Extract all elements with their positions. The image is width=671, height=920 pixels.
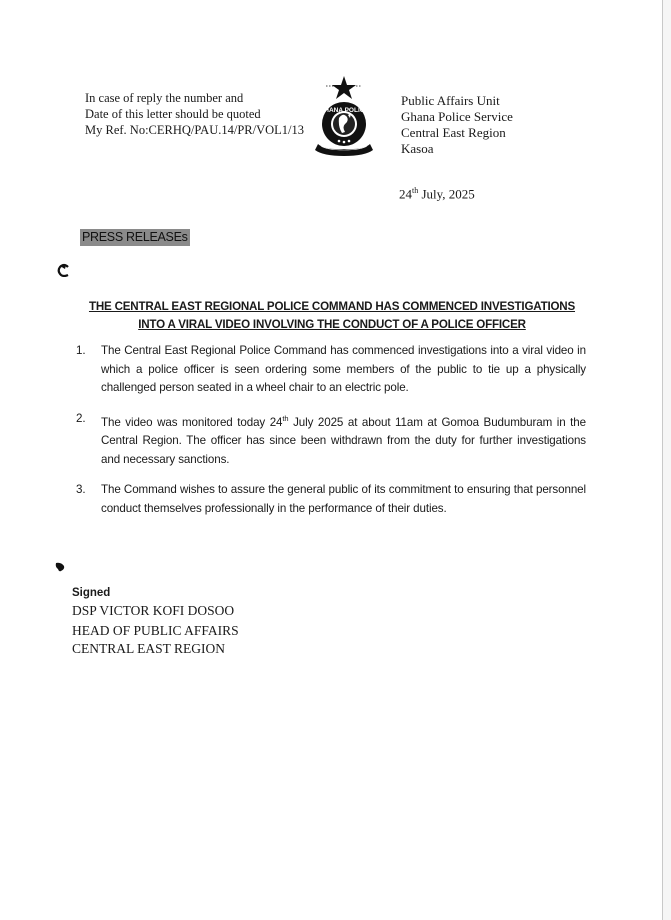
svg-text:GHANA POLICE: GHANA POLICE: [319, 107, 369, 114]
ghana-police-crest-icon: GHANA POLICE: [312, 74, 376, 158]
paragraph-1: 1. The Central East Regional Police Comm…: [76, 342, 586, 398]
address-line: Ghana Police Service: [401, 109, 513, 125]
address-line: Public Affairs Unit: [401, 93, 513, 109]
sender-address: Public Affairs Unit Ghana Police Service…: [401, 93, 513, 157]
scan-mark-icon: [57, 263, 71, 282]
paragraph-text: The Central East Regional Police Command…: [101, 342, 586, 398]
date-day: 24: [399, 186, 412, 201]
signatory-title: HEAD OF PUBLIC AFFAIRS: [72, 623, 239, 639]
press-release-label: PRESS RELEASEs: [80, 229, 190, 246]
paragraph-text-part: The video was monitored today 24: [101, 416, 282, 429]
signatory-name: DSP VICTOR KOFI DOSOO: [72, 603, 234, 619]
signatory-region: CENTRAL EAST REGION: [72, 641, 225, 657]
reference-line: In case of reply the number and: [85, 90, 304, 106]
paragraph-text: The video was monitored today 24th July …: [101, 410, 586, 469]
reference-number: My Ref. No:CERHQ/PAU.14/PR/VOL1/13: [85, 122, 304, 138]
address-line: Central East Region: [401, 125, 513, 141]
date-rest: July, 2025: [418, 186, 475, 201]
paragraph-number: 1.: [76, 342, 100, 361]
page-edge-strip: [663, 0, 671, 920]
reference-line: Date of this letter should be quoted: [85, 106, 304, 122]
reference-block: In case of reply the number and Date of …: [85, 90, 304, 138]
paragraph-3: 3. The Command wishes to assure the gene…: [76, 481, 586, 518]
paragraph-text: The Command wishes to assure the general…: [101, 481, 586, 518]
address-line: Kasoa: [401, 141, 513, 157]
press-release-headline: THE CENTRAL EAST REGIONAL POLICE COMMAND…: [76, 298, 588, 334]
scan-mark-icon: [54, 560, 66, 578]
paragraph-number: 3.: [76, 481, 100, 500]
signed-label: Signed: [72, 587, 110, 599]
page-edge-line: [662, 0, 663, 920]
paragraph-2: 2. The video was monitored today 24th Ju…: [76, 410, 586, 469]
paragraph-number: 2.: [76, 410, 100, 429]
letter-date: 24th July, 2025: [399, 186, 475, 202]
